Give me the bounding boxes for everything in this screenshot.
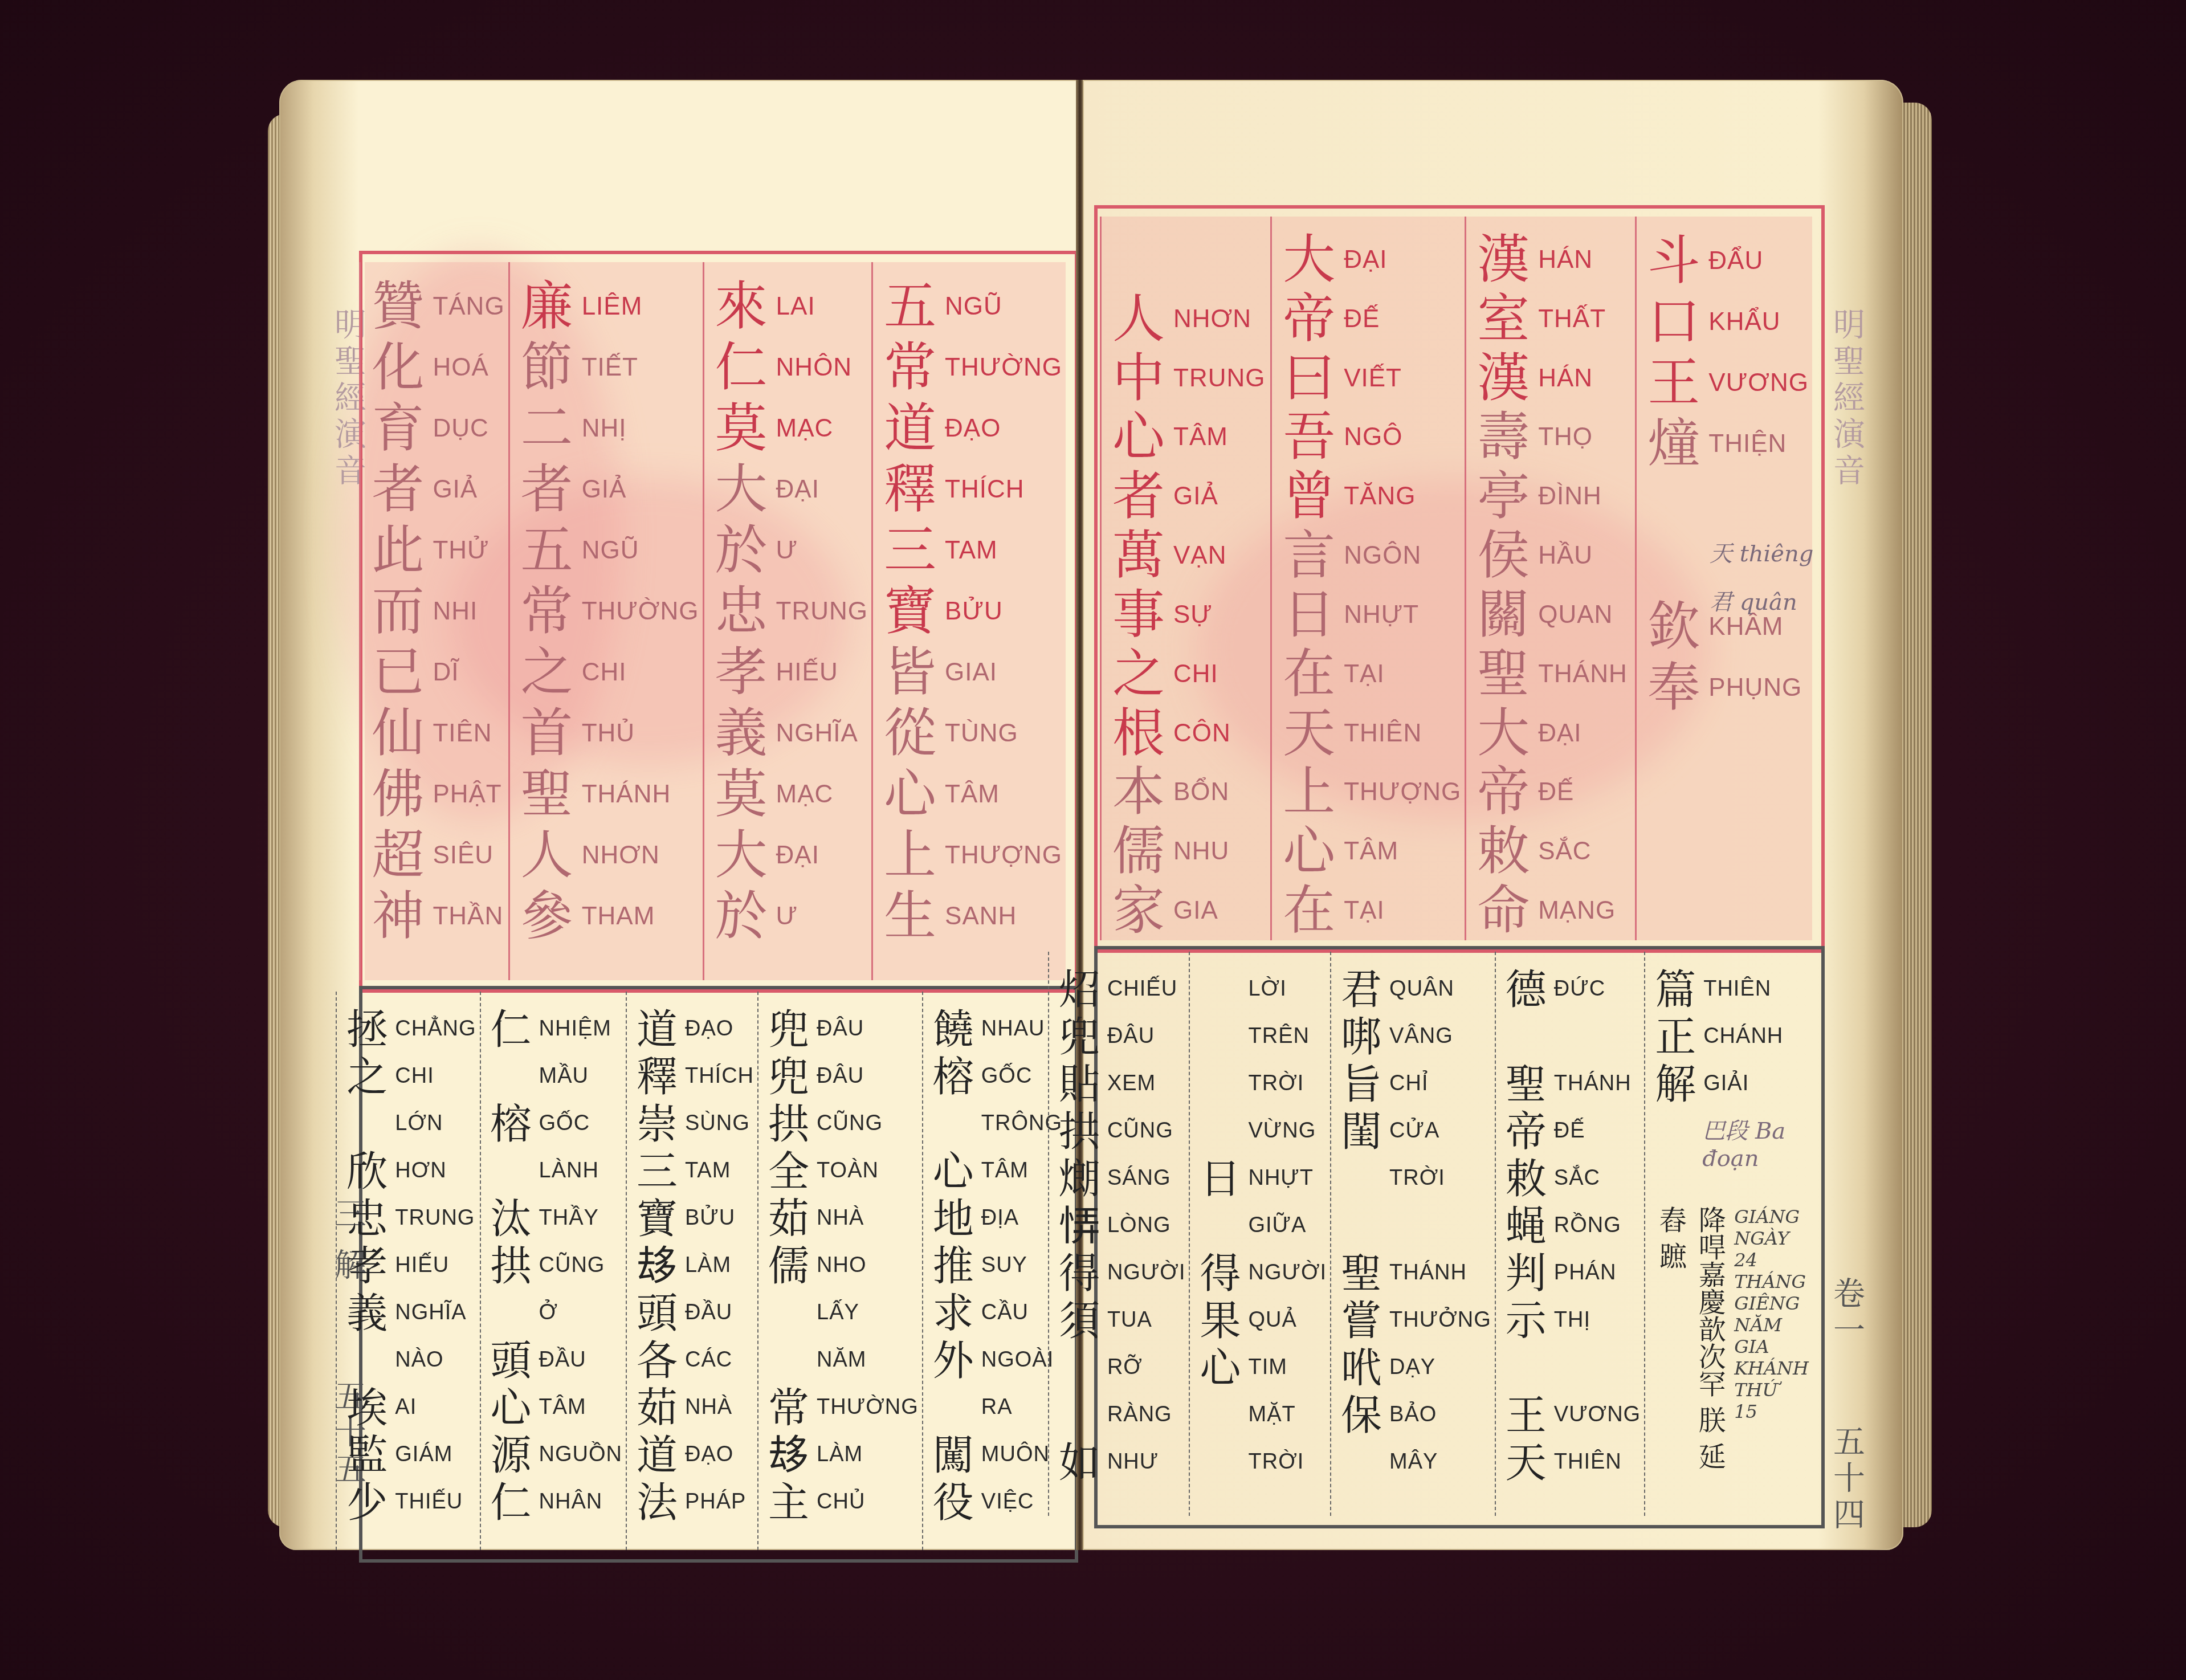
- glyph-pair: 佛PHẬT: [366, 764, 504, 825]
- quoc-ngu-reading: MẠC: [776, 414, 834, 443]
- text-column: 贊TÁNG化HOÁ育DỤC者GIẢ此THỬ而NHI已DĨ仙TIÊN佛PHẬT超S…: [359, 262, 508, 980]
- date-han-text: 降哻嘉慶歆次罕 朕 延 舂 蹠: [1651, 1206, 1730, 1502]
- glyph-pair: 果QUẢ: [1196, 1296, 1327, 1344]
- quoc-ngu-reading: NHỊ: [582, 414, 627, 443]
- glyph-pair: 心TÂM: [487, 1384, 622, 1431]
- han-nom-character: 法: [633, 1482, 682, 1523]
- quoc-ngu-reading: SÙNG: [685, 1111, 750, 1136]
- quoc-ngu-reading: VỪNG: [1248, 1119, 1316, 1143]
- quoc-ngu-reading: GIẢ: [582, 475, 627, 504]
- han-nom-character: 中: [1107, 352, 1170, 405]
- glyph-pair: 𩄎VỪNG: [1196, 1107, 1327, 1155]
- quoc-ngu-reading: NĂM: [817, 1348, 866, 1372]
- glyph-pair: 之CHI: [342, 1053, 476, 1100]
- quoc-ngu-reading: NHU: [1173, 837, 1229, 866]
- quoc-ngu-reading: VIỆC: [981, 1490, 1034, 1514]
- glyph-pair: 兜ĐÂU: [764, 1005, 919, 1053]
- han-nom-character: 超: [366, 829, 429, 882]
- glyph-pair: 壽THỌ: [1472, 407, 1632, 467]
- quoc-ngu-reading: HÁN: [1538, 246, 1593, 274]
- glyph-pair: 蝇RỒNG: [1502, 1202, 1641, 1249]
- quoc-ngu-reading: GIA: [1173, 896, 1218, 925]
- quoc-ngu-reading: ĐẠI: [1344, 246, 1387, 274]
- glyph-pair: 茹NHÀ: [764, 1194, 919, 1242]
- quoc-ngu-reading: Ư: [776, 536, 798, 565]
- quoc-ngu-reading: NGHĨA: [395, 1300, 466, 1325]
- quoc-ngu-reading: THỬ: [433, 536, 489, 565]
- glyph-pair: 解GIẢI: [1651, 1060, 1809, 1107]
- han-nom-character: 孝: [710, 646, 773, 699]
- glyph-pair: 人NHƠN: [516, 825, 699, 886]
- quoc-ngu-reading: NHÀ: [817, 1206, 864, 1230]
- quoc-ngu-reading: VƯƠNG: [1554, 1402, 1641, 1427]
- han-nom-character: 參: [516, 890, 578, 943]
- quoc-ngu-reading: CŨNG: [539, 1253, 605, 1278]
- han-nom-character: 德: [1502, 969, 1551, 1010]
- quoc-ngu-reading: LÀM: [685, 1253, 731, 1278]
- han-nom-character: 五: [516, 524, 578, 577]
- han-nom-character: 帝: [1502, 1111, 1551, 1152]
- han-nom-character: 兜: [1055, 1016, 1104, 1057]
- han-nom-character: 𤎜: [1055, 1158, 1104, 1199]
- han-nom-character: 者: [366, 463, 429, 516]
- quoc-ngu-reading: VƯƠNG: [1708, 369, 1809, 397]
- han-nom-character: 地: [929, 1198, 978, 1239]
- quoc-ngu-reading: CHI: [395, 1064, 434, 1088]
- han-nom-character: 者: [516, 463, 578, 516]
- glyph-pair: 而NHI: [366, 581, 504, 642]
- han-nom-character: 化: [366, 341, 429, 394]
- han-nom-character: 於: [710, 890, 773, 943]
- glyph-pair: 室THẤT: [1472, 289, 1632, 349]
- glyph-pair: 道ĐẠO: [633, 1431, 754, 1478]
- glyph-pair: 於Ư: [710, 520, 868, 581]
- glyph-pair: 𠁑GIỮA: [1196, 1202, 1327, 1249]
- quoc-ngu-reading: KHẨU: [1708, 308, 1780, 336]
- glyph-pair: 神THẦN: [366, 886, 504, 947]
- glyph-pair: 義NGHĨA: [710, 703, 868, 764]
- han-nom-character: 得: [1055, 1253, 1104, 1294]
- han-nom-character: 𢆥: [764, 1340, 813, 1381]
- quoc-ngu-reading: NHIỆM: [539, 1017, 611, 1041]
- han-nom-character: 王: [1642, 357, 1705, 409]
- han-nom-character: 旨: [1337, 1063, 1386, 1104]
- quoc-ngu-reading: NHÔN: [776, 353, 853, 382]
- quoc-ngu-reading: ĐỨC: [1554, 977, 1605, 1001]
- quoc-ngu-reading: CHẲNG: [395, 1017, 476, 1041]
- quoc-ngu-reading: ĐẾ: [1344, 305, 1380, 333]
- han-nom-character: 𡨺: [342, 1103, 391, 1144]
- han-nom-character: 源: [487, 1434, 536, 1475]
- han-nom-character: 之: [516, 646, 578, 699]
- quoc-ngu-reading: TRỜI: [1248, 1450, 1304, 1474]
- text-column: 德ĐỨC聖THÁNH帝ĐẾ敕SẮC蝇RỒNG判PHÁN示THỊ王VƯƠNG天TH…: [1495, 952, 1644, 1516]
- han-nom-character: 道: [633, 1009, 682, 1050]
- quoc-ngu-reading: THỊ: [1554, 1308, 1590, 1332]
- quoc-ngu-reading: CHỈ: [1389, 1071, 1428, 1096]
- han-nom-character: 閨: [1337, 1111, 1386, 1152]
- text-column: 漢HÁN室THẤT漢HÁN壽THỌ亭ĐÌNH侯HẦU關QUAN聖THÁNH大ĐẠ…: [1465, 217, 1635, 940]
- quoc-ngu-reading: Ư: [776, 902, 798, 931]
- quoc-ngu-reading: THÍCH: [945, 475, 1024, 504]
- glyph-pair: 法PHÁP: [633, 1478, 754, 1526]
- quoc-ngu-reading: TÂM: [1344, 837, 1398, 866]
- text-column: 饒NHAU榕GỐC𫩠TRÔNG心TÂM地ĐỊA推SUY求CẦU外NGOÀI𠚢RA…: [922, 992, 1066, 1550]
- text-column: 𠠩LỜI𨕭TRÊN𡗶TRỜI𩄎VỪNG日NHỰT𠁑GIỮA得NGƯỜI果QUẢ心…: [1189, 952, 1330, 1516]
- glyph-pair: 者GIẢ: [516, 459, 699, 520]
- quoc-ngu-reading: VẠN: [1173, 541, 1226, 570]
- glyph-pair: 王VƯƠNG: [1642, 352, 1809, 413]
- glyph-pair: 言NGÔN: [1278, 526, 1461, 585]
- han-nom-character: 心: [1107, 411, 1170, 463]
- quoc-ngu-reading: THẦN: [433, 902, 503, 931]
- han-nom-character: 燑: [1642, 418, 1705, 470]
- quoc-ngu-reading: TIÊN: [433, 719, 492, 748]
- han-nom-character: 關: [1472, 589, 1535, 641]
- han-nom-character: 拱: [764, 1103, 813, 1144]
- text-column: 篇THIÊN正CHÁNH解GIẢI巴段 Ba đoạn降哻嘉慶歆次罕 朕 延 舂…: [1644, 952, 1812, 1516]
- glyph-pair: 莫MẠC: [710, 764, 868, 825]
- glyph-pair: 𠠩LỜI: [1196, 965, 1327, 1013]
- glyph-pair: 道ĐẠO: [633, 1005, 754, 1053]
- handwritten-note: 天 thiêng: [1710, 536, 1813, 568]
- han-nom-character: 欣: [342, 1151, 391, 1192]
- glyph-pair: 茹NHÀ: [633, 1384, 754, 1431]
- glyph-pair: 旨CHỈ: [1337, 1060, 1491, 1107]
- quoc-ngu-reading: NGƯỜI: [1248, 1261, 1327, 1285]
- quoc-ngu-reading: TRỜI: [1248, 1071, 1304, 1096]
- glyph-pair: 之CHI: [1107, 645, 1267, 704]
- quoc-ngu-reading: GỐC: [981, 1064, 1033, 1088]
- quoc-ngu-reading: GIÁM: [395, 1442, 452, 1467]
- han-nom-character: 𠫾: [633, 1245, 682, 1286]
- handwritten-notes: 天 thiêng 君 quân: [1710, 536, 1813, 617]
- quoc-ngu-reading: HIẾU: [776, 658, 838, 687]
- han-nom-character: 𨕭: [1196, 1016, 1245, 1057]
- glyph-pair: 貼XEM: [1055, 1060, 1186, 1107]
- quoc-ngu-reading: THIẾU: [395, 1490, 463, 1514]
- quoc-ngu-reading: TĂNG: [1344, 482, 1416, 511]
- han-nom-character: 嘗: [1337, 1300, 1386, 1341]
- glyph-pair: 吾NGÔ: [1278, 407, 1461, 467]
- quoc-ngu-reading: THAM: [582, 902, 655, 931]
- quoc-ngu-reading: THƯỜNG: [945, 353, 1062, 382]
- han-nom-character: 君: [1337, 969, 1386, 1010]
- quoc-ngu-reading: Ở: [539, 1300, 558, 1325]
- han-nom-character: 𢆥: [487, 1056, 536, 1097]
- han-nom-character: 贊: [366, 280, 429, 333]
- quoc-ngu-reading: BỬU: [945, 597, 1003, 626]
- glyph-pair: 如NHƯ: [1055, 1438, 1186, 1486]
- upper-text-block: 五NGŨ常THƯỜNG道ĐẠO釋THÍCH三TAM寶BỬU皆GIAI從TÙNG心…: [365, 262, 1066, 980]
- quoc-ngu-reading: NGŨ: [945, 292, 1002, 321]
- han-nom-character: 埃: [342, 1387, 391, 1428]
- glyph-pair: 從TÙNG: [879, 703, 1062, 764]
- han-nom-character: 日: [1196, 1158, 1245, 1199]
- glyph-pair: 斗ĐẨU: [1642, 230, 1809, 291]
- han-nom-character: 已: [366, 646, 429, 699]
- han-nom-character: 監: [342, 1434, 391, 1475]
- han-nom-character: 命: [1472, 884, 1535, 937]
- quoc-ngu-reading: NÀO: [395, 1348, 443, 1372]
- han-nom-character: 𩄎: [1196, 1111, 1245, 1152]
- quoc-ngu-reading: ĐẠO: [685, 1442, 733, 1467]
- han-nom-character: 五: [879, 280, 941, 333]
- quoc-ngu-reading: SANH: [945, 902, 1017, 931]
- quoc-ngu-reading: NGUỒN: [539, 1442, 622, 1467]
- glyph-pair: 根CÔN: [1107, 704, 1267, 763]
- quoc-ngu-reading: XEM: [1107, 1071, 1156, 1096]
- text-column: 五NGŨ常THƯỜNG道ĐẠO釋THÍCH三TAM寶BỬU皆GIAI從TÙNG心…: [871, 262, 1066, 980]
- glyph-pair: 埃AI: [342, 1384, 476, 1431]
- glyph-pair: 拯CHẲNG: [342, 1005, 476, 1053]
- quoc-ngu-reading: NHỰT: [1248, 1166, 1314, 1190]
- text-column: 廉LIÊM節TIẾT二NHỊ者GIẢ五NGŨ常THƯỜNG之CHI首THỦ聖TH…: [508, 262, 703, 980]
- quoc-ngu-reading: GIAI: [945, 658, 997, 687]
- han-nom-character: 廉: [516, 280, 578, 333]
- han-nom-character: 仁: [710, 341, 773, 394]
- glyph-pair: [1502, 1013, 1641, 1060]
- glyph-pair: [1502, 1344, 1641, 1391]
- text-column: 兜ĐÂU兜ĐÂU拱CŨNG全TOÀN茹NHÀ儒NHO𥙩LẤY𢆥NĂM常THƯỜN…: [757, 992, 922, 1550]
- quoc-ngu-reading: PHỤNG: [1708, 674, 1802, 702]
- han-nom-character: 孝: [342, 1245, 391, 1286]
- quoc-ngu-reading: CHI: [582, 658, 627, 687]
- glyph-pair: 漢HÁN: [1472, 349, 1632, 408]
- quoc-ngu-reading: GIỮA: [1248, 1213, 1306, 1238]
- quoc-ngu-reading: TIẾT: [582, 353, 638, 382]
- han-nom-character: 漢: [1472, 234, 1535, 286]
- han-nom-character: 於: [710, 524, 773, 577]
- han-nom-character: 室: [1472, 293, 1535, 345]
- quoc-ngu-reading: LÀNH: [539, 1159, 599, 1183]
- glyph-pair: 須TUA: [1055, 1296, 1186, 1344]
- quoc-ngu-reading: SUY: [981, 1253, 1027, 1278]
- han-nom-character: 蝇: [1502, 1205, 1551, 1246]
- quoc-ngu-reading: PHẬT: [433, 780, 501, 809]
- han-nom-character: 少: [342, 1482, 391, 1523]
- lower-text-block: 饒NHAU榕GỐC𫩠TRÔNG心TÂM地ĐỊA推SUY求CẦU外NGOÀI𠚢RA…: [365, 992, 1066, 1550]
- han-nom-character: 忠: [710, 585, 773, 638]
- han-nom-character: 忠: [342, 1198, 391, 1239]
- glyph-pair: 釋THÍCH: [879, 459, 1062, 520]
- han-nom-character: 釋: [879, 463, 941, 516]
- date-annotation: 降哻嘉慶歆次罕 朕 延 舂 蹠GIÁNGNGÀY24THÁNGGIÊNGNĂMG…: [1651, 1206, 1809, 1502]
- glyph-pair: 𤎜SÁNG: [1055, 1155, 1186, 1202]
- han-nom-character: 篇: [1651, 969, 1700, 1010]
- han-nom-character: 心: [1278, 825, 1340, 878]
- glyph-pair: 道ĐẠO: [879, 398, 1062, 459]
- han-nom-character: 仁: [487, 1009, 536, 1050]
- quoc-ngu-reading: NHƯ: [1107, 1450, 1159, 1474]
- quoc-ngu-reading: TUA: [1107, 1308, 1152, 1332]
- quoc-ngu-reading: NHAU: [981, 1017, 1045, 1041]
- glyph-pair: 𨕭TRÊN: [1196, 1013, 1327, 1060]
- han-nom-character: 拱: [487, 1245, 536, 1286]
- han-nom-character: 釋: [633, 1056, 682, 1097]
- glyph-pair: 義NGHĨA: [342, 1289, 476, 1336]
- text-column: 拯CHẲNG之CHI𡨺LỚN欣HƠN忠TRUNG孝HIẾU義NGHĨA𠰘NÀO埃…: [336, 992, 479, 1550]
- han-nom-character: 仁: [487, 1482, 536, 1523]
- han-nom-character: 莫: [710, 402, 773, 455]
- han-nom-character: 寶: [879, 585, 941, 638]
- han-nom-character: 口: [1642, 296, 1705, 348]
- quoc-ngu-reading: ĐẠI: [776, 475, 819, 504]
- quoc-ngu-reading: TÂM: [981, 1159, 1029, 1183]
- glyph-pair: 心TÂM: [879, 764, 1062, 825]
- quoc-ngu-reading: TRUNG: [1173, 364, 1265, 393]
- han-nom-character: 在: [1278, 648, 1340, 700]
- han-nom-character: 曰: [1278, 352, 1340, 405]
- glyph-pair: [1337, 1202, 1491, 1249]
- quoc-ngu-reading: THÍCH: [685, 1064, 754, 1088]
- glyph-pair: 𡗶TRỜI: [1337, 1155, 1491, 1202]
- han-nom-character: 役: [929, 1482, 978, 1523]
- quoc-ngu-reading: DỤC: [433, 414, 488, 443]
- han-nom-character: 仙: [366, 707, 429, 760]
- glyph-pair: 家GIA: [1107, 881, 1267, 940]
- han-nom-character: 常: [764, 1387, 813, 1428]
- glyph-pair: 炤CHIẾU: [1055, 965, 1186, 1013]
- quoc-ngu-reading: MÂY: [1389, 1450, 1438, 1474]
- quoc-ngu-reading: MẠC: [776, 780, 834, 809]
- glyph-pair: 饒NHAU: [929, 1005, 1062, 1053]
- glyph-pair: 仁NHIỆM: [487, 1005, 622, 1053]
- text-column: 仁NHIỆM𢆥MẦU榕GỐC𡢐LÀNH汰THẦY拱CŨNG𣄒Ở頭ĐẦU心TÂM源…: [480, 992, 626, 1550]
- quoc-ngu-reading: TRÊN: [1248, 1024, 1309, 1049]
- quoc-ngu-reading: LÀM: [817, 1442, 863, 1467]
- open-book: 明聖經演音 三 解 五十五 五NGŨ常THƯỜNG道ĐẠO釋THÍCH三TAM寶…: [268, 80, 1932, 1550]
- han-nom-character: 二: [516, 402, 578, 455]
- glyph-pair: 王VƯƠNG: [1502, 1391, 1641, 1438]
- glyph-pair: 超SIÊU: [366, 825, 504, 886]
- quoc-ngu-reading: ĐẠO: [945, 414, 1001, 443]
- quoc-ngu-reading: TRỜI: [1389, 1166, 1445, 1190]
- han-nom-character: 吾: [1278, 411, 1340, 463]
- han-nom-character: 常: [879, 341, 941, 394]
- glyph-pair: 首THỦ: [516, 703, 699, 764]
- han-nom-character: 漢: [1472, 352, 1535, 405]
- han-nom-character: 汰: [487, 1198, 536, 1239]
- quoc-ngu-reading: DẠY: [1389, 1355, 1435, 1380]
- han-nom-character: 𠫾: [764, 1434, 813, 1475]
- glyph-pair: 頭ĐẦU: [487, 1336, 622, 1384]
- han-nom-character: 得: [1196, 1253, 1245, 1294]
- han-nom-character: 保: [1337, 1394, 1386, 1436]
- glyph-pair: 儒NHU: [1107, 822, 1267, 881]
- han-nom-character: 判: [1502, 1253, 1551, 1294]
- quoc-ngu-reading: THIÊN: [1554, 1450, 1622, 1474]
- quoc-ngu-reading: ĐẠO: [685, 1017, 733, 1041]
- han-nom-character: 來: [710, 280, 773, 333]
- glyph-pair: 求CẦU: [929, 1289, 1062, 1336]
- glyph-pair: 閨CỬA: [1337, 1107, 1491, 1155]
- han-nom-character: 義: [342, 1292, 391, 1334]
- han-nom-character: 𡢐: [487, 1151, 536, 1192]
- han-nom-character: 大: [1472, 707, 1535, 760]
- han-nom-character: 頭: [633, 1292, 682, 1334]
- han-nom-character: 上: [1278, 766, 1340, 818]
- quoc-ngu-reading: MẶT: [1248, 1402, 1295, 1427]
- glyph-pair: 於Ư: [710, 886, 868, 947]
- quoc-ngu-reading: LAI: [776, 292, 815, 321]
- han-nom-character: 𣄒: [487, 1292, 536, 1334]
- quoc-ngu-reading: HÁN: [1538, 364, 1593, 393]
- glyph-pair: 聖THÁNH: [516, 764, 699, 825]
- han-nom-character: 𡗶: [1337, 1158, 1386, 1199]
- quoc-ngu-reading: ĐẦU: [539, 1348, 586, 1372]
- quoc-ngu-reading: THẦY: [539, 1206, 599, 1230]
- glyph-pair: 心TÂM: [1278, 822, 1461, 881]
- quoc-ngu-reading: ĐẨU: [1708, 247, 1763, 275]
- quoc-ngu-reading: THÁNH: [1389, 1261, 1467, 1285]
- glyph-pair: 𡗶TRỜI: [1196, 1438, 1327, 1486]
- han-nom-character: 𩄲: [1337, 1442, 1386, 1483]
- han-nom-character: 欽: [1642, 601, 1705, 653]
- han-nom-character: 𡗶: [1196, 1442, 1245, 1483]
- quoc-ngu-reading: NHÀ: [685, 1395, 732, 1420]
- glyph-pair: 心TÂM: [1107, 407, 1267, 467]
- glyph-pair: 孝HIẾU: [342, 1242, 476, 1289]
- glyph-pair: 釋THÍCH: [633, 1053, 754, 1100]
- han-nom-character: 𠰺: [1337, 1347, 1386, 1388]
- quoc-ngu-reading: TOÀN: [817, 1159, 879, 1183]
- glyph-pair: 口KHẨU: [1642, 291, 1809, 352]
- glyph-pair: 得NGƯỜI: [1196, 1249, 1327, 1296]
- upper-text-block: 斗ĐẨU口KHẨU王VƯƠNG燑THIỆN欽KHÂM奉PHỤNG漢HÁN室THẤ…: [1100, 217, 1812, 940]
- han-nom-character: 人: [516, 829, 578, 882]
- han-nom-character: 闖: [929, 1434, 978, 1475]
- glyph-pair: 天THIÊN: [1502, 1438, 1641, 1486]
- han-nom-character: 兜: [764, 1009, 813, 1050]
- glyph-pair: 𠚢RA: [929, 1384, 1062, 1431]
- han-nom-character: 如: [1055, 1442, 1104, 1483]
- quoc-ngu-reading: ĐẦU: [685, 1300, 732, 1325]
- text-column: 來LAI仁NHÔN莫MẠC大ĐẠI於Ư忠TRUNG孝HIẾU義NGHĨA莫MẠC…: [703, 262, 871, 980]
- han-nom-character: 𢙱: [1055, 1205, 1104, 1246]
- han-nom-character: 茹: [764, 1198, 813, 1239]
- quoc-ngu-reading: NGOÀI: [981, 1348, 1054, 1372]
- han-nom-character: 常: [516, 585, 578, 638]
- han-nom-character: 主: [764, 1482, 813, 1523]
- glyph-pair: 嘗THƯỞNG: [1337, 1296, 1491, 1344]
- glyph-pair: 各CÁC: [633, 1336, 754, 1384]
- quoc-ngu-reading: LỜI: [1248, 977, 1286, 1001]
- quoc-ngu-reading: BẢO: [1389, 1402, 1437, 1427]
- quoc-ngu-reading: SỰ: [1173, 601, 1213, 629]
- han-nom-character: 首: [516, 707, 578, 760]
- date-latin-text: GIÁNGNGÀY24THÁNGGIÊNGNĂMGIAKHÁNHTHỨ15: [1734, 1206, 1809, 1502]
- glyph-pair: 拱CŨNG: [487, 1242, 622, 1289]
- glyph-pair: 常THƯỜNG: [879, 337, 1062, 398]
- glyph-pair: 帝ĐẾ: [1502, 1107, 1641, 1155]
- quoc-ngu-reading: ĐẠI: [1538, 719, 1581, 748]
- glyph-pair: 廉LIÊM: [516, 276, 699, 337]
- han-nom-character: 𤎕: [1055, 1394, 1104, 1436]
- glyph-pair: 判PHÁN: [1502, 1249, 1641, 1296]
- glyph-pair: 亭ĐÌNH: [1472, 467, 1632, 526]
- glyph-pair: 萬VẠN: [1107, 526, 1267, 585]
- glyph-pair: 來LAI: [710, 276, 868, 337]
- glyph-pair: 仁NHÂN: [487, 1478, 622, 1526]
- glyph-pair: 仁NHÔN: [710, 337, 868, 398]
- glyph-pair: 汰THẦY: [487, 1194, 622, 1242]
- glyph-pair: 少THIẾU: [342, 1478, 476, 1526]
- glyph-pair: 聖THÁNH: [1502, 1060, 1641, 1107]
- glyph-pair: 德ĐỨC: [1502, 965, 1641, 1013]
- quoc-ngu-reading: HƠN: [395, 1159, 446, 1183]
- small-note: 巴段 Ba đoạn: [1702, 1113, 1809, 1172]
